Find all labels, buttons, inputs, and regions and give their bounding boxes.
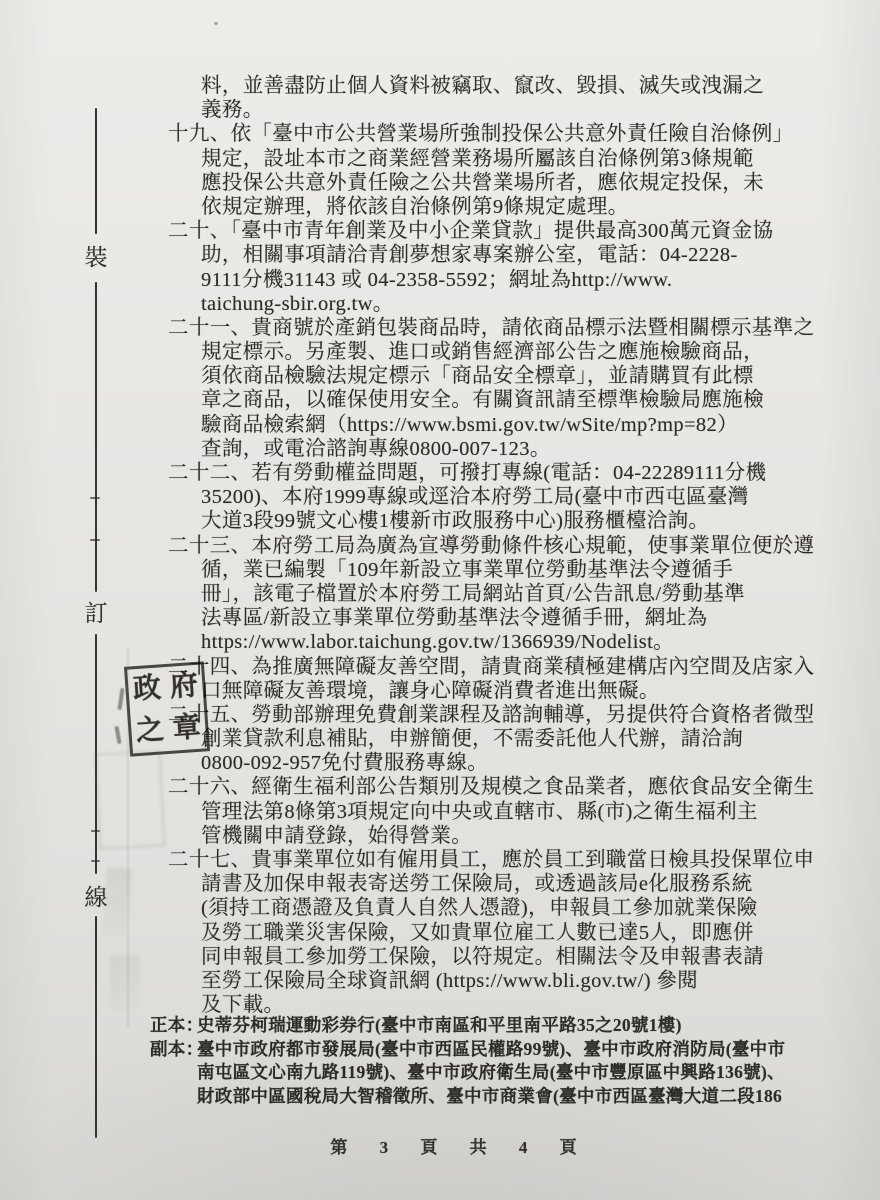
item-line: 規定，設址本市之商業經營業務場所屬該自治條例第3條規範 [168, 147, 848, 171]
item-line: 大道3段99號文心樓1樓新市政服務中心)服務櫃檯洽詢。 [168, 509, 848, 533]
item-line: 至勞工保險局全球資訊網 (https://www.bli.gov.tw/) 參閱 [168, 969, 848, 993]
cc-recipient-line: 副本：臺中市政府都市發展局(臺中市西區民權路99號)、臺中市政府消防局(臺中市 [150, 1038, 870, 1062]
binding-label-zhuang: 裝 [80, 239, 112, 272]
item-line: 0800-092-957免付費服務專線。 [168, 751, 848, 775]
item-number-label: 二十二、 [168, 462, 251, 484]
notice-item-26: 二十六、經衛生福利部公告類別及規模之食品業者，應依食品安全衛生 管理法第8條第3… [168, 775, 848, 848]
cc-recipient-line: 南屯區文心南九路119號)、臺中市政府衛生局(臺中市豐原區中興路136號)、 [150, 1061, 870, 1085]
notice-item-23: 二十三、本府勞工局為廣為宣導勞動條件核心規範，使事業單位便於遵 循，業已編製「1… [168, 534, 848, 655]
item-text: 本府勞工局為廣為宣導勞動條件核心規範，使事業單位便於遵 [251, 535, 814, 557]
notice-item-25: 二十五、勞動部辦理免費創業課程及諮詢輔導，另提供符合資格者微型 創業貸款利息補貼… [168, 703, 848, 776]
binding-tick-mark [91, 860, 100, 862]
item-first-line: 二十七、貴事業單位如有僱用員工，應於員工到職當日檢具投保單位申 [168, 848, 848, 872]
notice-item-27: 二十七、貴事業單位如有僱用員工，應於員工到職當日檢具投保單位申 請書及加保申報表… [168, 848, 848, 1017]
item-text: 「臺中市青年創業及中小企業貸款」提供最高300萬元資金協 [231, 220, 774, 242]
item-line: 35200)、本府1999專線或逕洽本府勞工局(臺中市西屯區臺灣 [168, 485, 848, 509]
item-first-line: 二十五、勞動部辦理免費創業課程及諮詢輔導，另提供符合資格者微型 [168, 703, 848, 727]
item-text: 若有勞動權益問題，可撥打專線(電話：04-22289111分機 [251, 462, 766, 484]
item-first-line: 二十二、若有勞動權益問題，可撥打專線(電話：04-22289111分機 [168, 461, 848, 485]
item-text: 為推廣無障礙友善空間，請貴商業積極建構店內空間及店家入 [251, 656, 814, 678]
cc-label: 副本： [150, 1038, 197, 1062]
item-first-line: 十九、依「臺中市公共營業場所強制投保公共意外責任險自治條例」 [168, 122, 848, 146]
binding-mark-line [95, 282, 97, 592]
seal-char: 章 [167, 706, 207, 750]
item-number-label: 二十六、 [168, 776, 251, 798]
item-line: 同申報員工參加勞工保險，以符規定。相關法令及申報書表請 [168, 945, 848, 969]
item-number-label: 二十、 [168, 220, 231, 242]
notice-item-21: 二十一、貴商號於產銷包裝商品時，請依商品標示法暨相關標示基準之 規定標示。另產製… [168, 316, 848, 461]
binding-tick-mark [91, 830, 100, 832]
binding-mark-line [95, 916, 97, 1138]
item-text: 依「臺中市公共營業場所強制投保公共意外責任險自治條例」 [231, 123, 794, 145]
item-line: taichung-sbir.org.tw。 [168, 292, 848, 316]
faint-stamp-residue [110, 955, 140, 1010]
item-number-label: 二十七、 [168, 849, 251, 871]
notice-item-24: 二十四、為推廣無障礙友善空間，請貴商業積極建構店內空間及店家入 口無障礙友善環境… [168, 655, 848, 703]
notice-item-19: 十九、依「臺中市公共營業場所強制投保公共意外責任險自治條例」 規定，設址本市之商… [168, 122, 848, 219]
binding-mark-line [95, 634, 97, 874]
item-line: 9111分機31143 或 04-2358-5592；網址為http://www… [168, 268, 848, 292]
item-first-line: 二十、「臺中市青年創業及中小企業貸款」提供最高300萬元資金協 [168, 219, 848, 243]
cc-recipient-text: 臺中市政府都市發展局(臺中市西區民權路99號)、臺中市政府消防局(臺中市 [197, 1039, 785, 1059]
item-line: 依規定辦理，將依該自治條例第9條規定處理。 [168, 195, 848, 219]
item-line: 循，業已編製「109年新設立事業單位勞動基準法令遵循手 [168, 558, 848, 582]
item-text: 貴商號於產銷包裝商品時，請依商品標示法暨相關標示基準之 [251, 317, 814, 339]
binding-tick-mark [90, 539, 100, 541]
item-line: 管理法第8條第3項規定向中央或直轄市、縣(市)之衛生福利主 [168, 800, 848, 824]
notice-body-text: 料，並善盡防止個人資料被竊取、竄改、毀損、滅失或洩漏之 義務。 十九、依「臺中市… [168, 74, 848, 1017]
item-line: 規定標示。另產製、進口或銷售經濟部公告之應施檢驗商品， [168, 340, 848, 364]
item-number-label: 二十三、 [168, 535, 251, 557]
item-line: 及勞工職業災害保險，又如貴單位雇工人數已達5人，即應併 [168, 921, 848, 945]
binding-mark-line [95, 108, 97, 234]
official-seal-stamp: 政 府 之 章 [124, 661, 210, 756]
item-line: 章之商品，以確保使用安全。有關資訊請至標準檢驗局應施檢 [168, 388, 848, 412]
item-text: 貴事業單位如有僱用員工，應於員工到職當日檢具投保單位申 [251, 849, 814, 871]
item-line: 驗商品檢索網（https://www.bsmi.gov.tw/wSite/mp?… [168, 413, 848, 437]
item-line: 請書及加保申報表寄送勞工保險局，或透過該局e化服務系統 [168, 872, 848, 896]
item-line: (須持工商憑證及負責人自然人憑證)，申報員工參加就業保險 [168, 896, 848, 920]
seal-char: 府 [164, 665, 204, 709]
binding-label-xian: 線 [80, 879, 112, 912]
item-first-line: 二十四、為推廣無障礙友善空間，請貴商業積極建構店內空間及店家入 [168, 655, 848, 679]
item-line: 管機關申請登錄，始得營業。 [168, 824, 848, 848]
page-number-footer: 第 3 頁 共 4 頁 [0, 1133, 880, 1158]
item-line: 口無障礙友善環境，讓身心障礙消費者進出無礙。 [168, 679, 848, 703]
item-line: 助，相關事項請洽青創夢想家專案辦公室，電話：04-2228- [168, 243, 848, 267]
paper-fold-line [127, 648, 129, 1028]
cc-recipient-line: 財政部中區國稅局大智稽徵所、臺中市商業會(臺中市西區臺灣大道二段186 [150, 1085, 870, 1109]
item-line: 創業貸款利息補貼，申辦簡便，不需委託他人代辦，請洽詢 [168, 727, 848, 751]
item-number-label: 二十一、 [168, 317, 251, 339]
notice-item-20: 二十、「臺中市青年創業及中小企業貸款」提供最高300萬元資金協 助，相關事項請洽… [168, 219, 848, 316]
item-line: 查詢，或電洽諮詢專線0800-007-123。 [168, 437, 848, 461]
item-line: 應投保公共意外責任險之公共營業場所者，應依規定投保，未 [168, 171, 848, 195]
seal-char: 政 [127, 667, 167, 711]
item-line: 冊」，該電子檔置於本府勞工局網站首頁/公告訊息/勞動基準 [168, 582, 848, 606]
item-line: 須依商品檢驗法規定標示「商品安全標章」，並請購買有此標 [168, 364, 848, 388]
item-line: https://www.labor.taichung.gov.tw/136693… [168, 630, 848, 654]
item-number-label: 十九、 [168, 123, 231, 145]
seal-char: 之 [130, 709, 170, 753]
original-recipient-line: 正本：史蒂芬柯瑞運動彩券行(臺中市南區和平里南平路35之20號1樓) [150, 1014, 870, 1038]
item-text: 經衛生福利部公告類別及規模之食品業者，應依食品安全衛生 [251, 776, 814, 798]
scan-speck [214, 22, 218, 25]
seal-cutoff-stroke [117, 688, 124, 710]
item-line: 法專區/新設立事業單位勞動基準法令遵循手冊，網址為 [168, 606, 848, 630]
notice-item-22: 二十二、若有勞動權益問題，可撥打專線(電話：04-22289111分機 3520… [168, 461, 848, 534]
item-first-line: 二十三、本府勞工局為廣為宣導勞動條件核心規範，使事業單位便於遵 [168, 534, 848, 558]
recipients-block: 正本：史蒂芬柯瑞運動彩券行(臺中市南區和平里南平路35之20號1樓) 副本：臺中… [150, 1014, 870, 1108]
faint-stamp-residue [95, 750, 166, 849]
item-first-line: 二十一、貴商號於產銷包裝商品時，請依商品標示法暨相關標示基準之 [168, 316, 848, 340]
carryover-line: 義務。 [168, 98, 848, 122]
binding-label-ding: 訂 [80, 595, 112, 628]
item-text: 勞動部辦理免費創業課程及諮詢輔導，另提供符合資格者微型 [251, 704, 814, 726]
binding-tick-mark [90, 497, 100, 499]
carryover-line: 料，並善盡防止個人資料被竊取、竄改、毀損、滅失或洩漏之 [168, 74, 848, 98]
scanned-document-page: 裝 訂 線 料，並善盡防止個人資料被竊取、竄改、毀損、滅失或洩漏之 義務。 十九… [0, 0, 880, 1200]
original-label: 正本： [150, 1014, 197, 1038]
original-recipient-text: 史蒂芬柯瑞運動彩券行(臺中市南區和平里南平路35之20號1樓) [197, 1015, 682, 1035]
item-first-line: 二十六、經衛生福利部公告類別及規模之食品業者，應依食品安全衛生 [168, 775, 848, 799]
seal-cutoff-stroke [114, 726, 121, 744]
